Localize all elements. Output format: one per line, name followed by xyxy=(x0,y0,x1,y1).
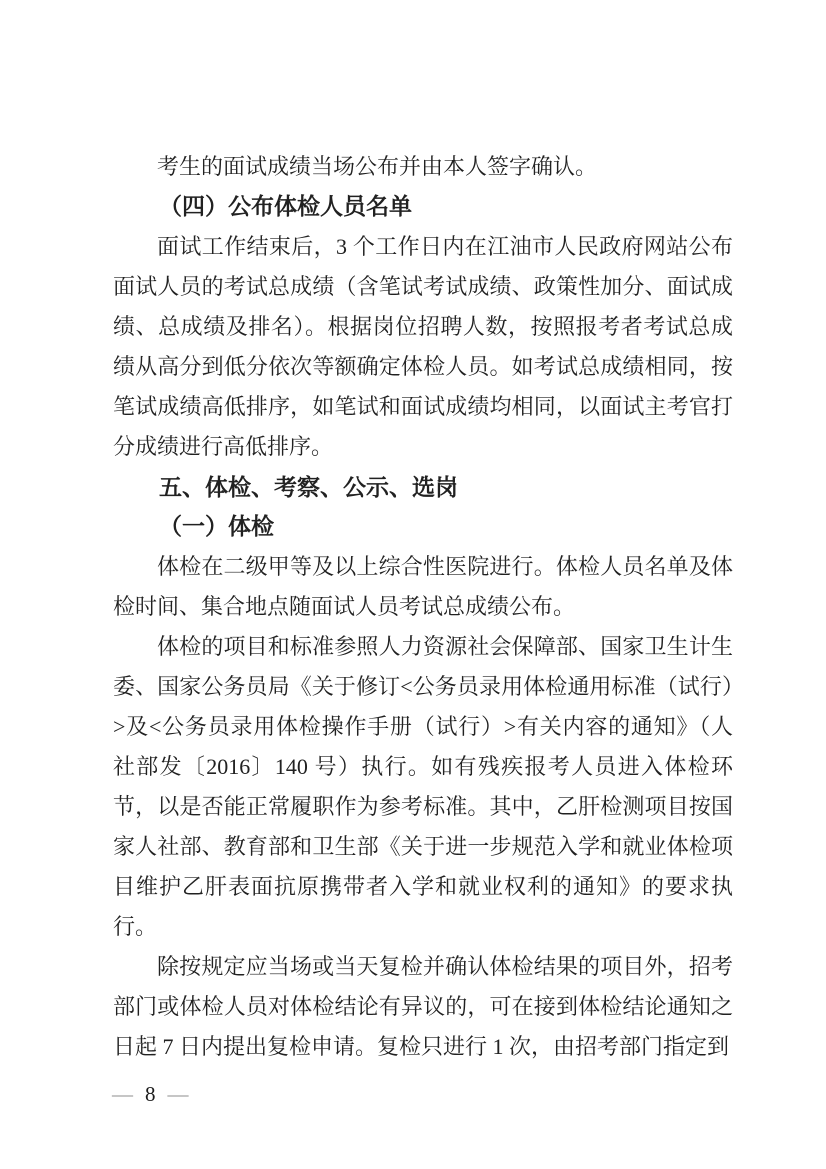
page-footer: —8— xyxy=(112,1081,190,1107)
footer-dash-right: — xyxy=(168,1082,190,1106)
page-number: 8 xyxy=(134,1082,168,1106)
paragraph-reexamination-application-rules: 除按规定应当场或当天复检并确认体检结果的项目外，招考部门或体检人员对体检结论有异… xyxy=(113,947,733,1067)
footer-dash-left: — xyxy=(112,1082,134,1106)
paragraph-exam-standards-references: 体检的项目和标准参照人力资源社会保障部、国家卫生计生委、国家公务员局《关于修订<… xyxy=(113,627,733,947)
document-page: 考生的面试成绩当场公布并由本人签字确认。 （四）公布体检人员名单 面试工作结束后… xyxy=(0,0,826,1169)
sub-heading-publish-physical-exam-list: （四）公布体检人员名单 xyxy=(113,187,733,227)
paragraph-total-score-publication-rules: 面试工作结束后，3 个工作日内在江油市人民政府网站公布面试人员的考试总成绩（含笔… xyxy=(113,227,733,467)
sub-heading-physical-exam: （一）体检 xyxy=(113,507,733,547)
section-heading-five-physical-exam-inspection: 五、体检、考察、公示、选岗 xyxy=(113,467,733,507)
paragraph-exam-hospital-and-schedule: 体检在二级甲等及以上综合性医院进行。体检人员名单及体检时间、集合地点随面试人员考… xyxy=(113,547,733,627)
document-body: 考生的面试成绩当场公布并由本人签字确认。 （四）公布体检人员名单 面试工作结束后… xyxy=(113,147,733,1067)
paragraph-interview-score-confirmation: 考生的面试成绩当场公布并由本人签字确认。 xyxy=(113,147,733,187)
